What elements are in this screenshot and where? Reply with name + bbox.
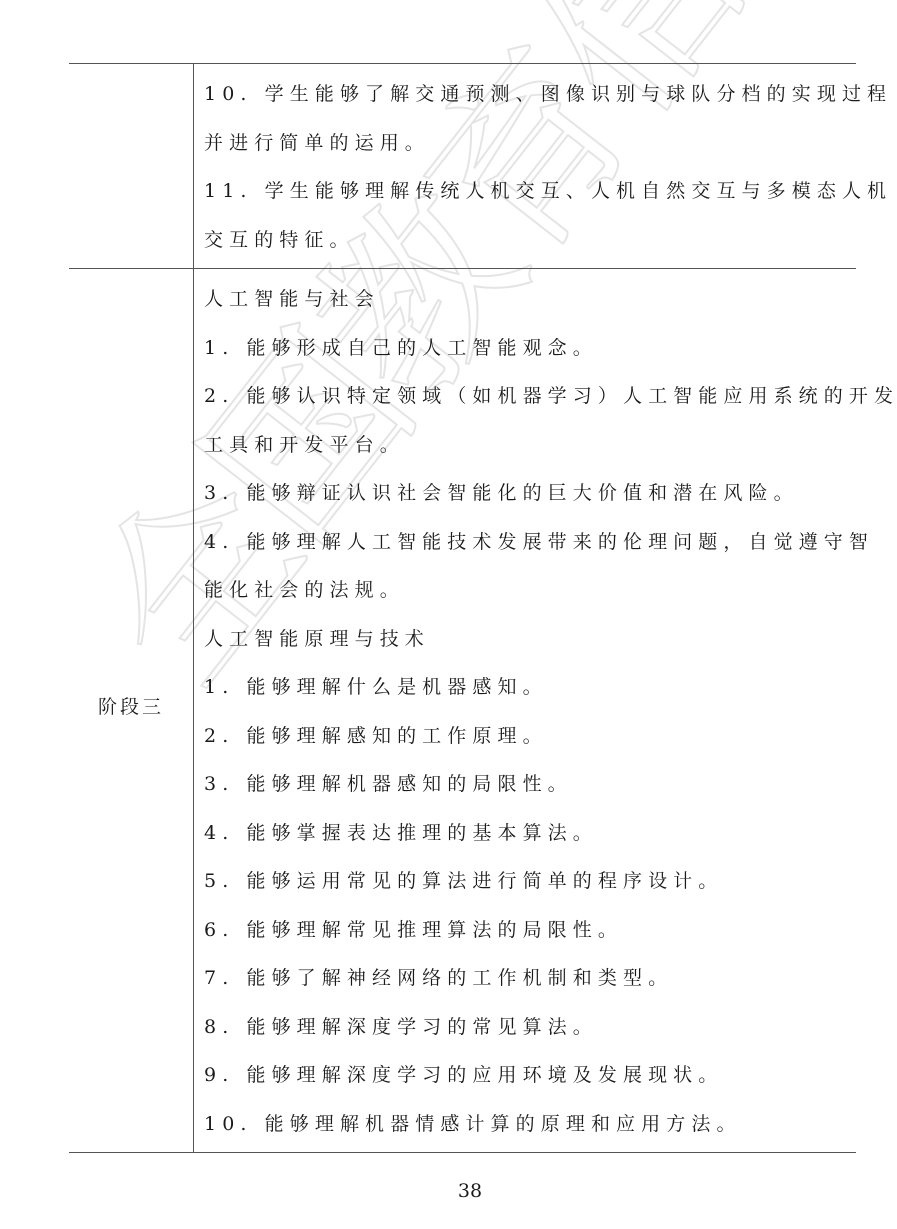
content-line: 8. 能够理解深度学习的常见算法。: [204, 1003, 897, 1052]
content-line: 工具和开发平台。: [204, 421, 897, 470]
content-cell: 10. 学生能够了解交通预测、图像识别与球队分档的实现过程 并进行简单的运用。 …: [194, 64, 892, 268]
content-line: 3. 能够辩证认识社会智能化的巨大价值和潜在风险。: [204, 469, 897, 518]
content-line: 11. 学生能够理解传统人机交互、人机自然交互与多模态人机: [204, 167, 892, 216]
stage-cell: [69, 64, 194, 268]
content-line: 并进行简单的运用。: [204, 119, 892, 168]
stage-cell: 阶段三: [69, 269, 194, 1152]
table-row-stage-three: 阶段三 人工智能与社会 1. 能够形成自己的人工智能观念。 2. 能够认识特定领…: [69, 268, 856, 1153]
table-row-continued: 10. 学生能够了解交通预测、图像识别与球队分档的实现过程 并进行简单的运用。 …: [69, 63, 856, 268]
content-line: 6. 能够理解常见推理算法的局限性。: [204, 906, 897, 955]
section-heading: 人工智能原理与技术: [204, 615, 897, 664]
page-number: 38: [0, 1180, 897, 1202]
content-line: 2. 能够认识特定领域（如机器学习）人工智能应用系统的开发: [204, 372, 897, 421]
content-line: 2. 能够理解感知的工作原理。: [204, 712, 897, 761]
content-line: 3. 能够理解机器感知的局限性。: [204, 760, 897, 809]
content-line: 5. 能够运用常见的算法进行简单的程序设计。: [204, 857, 897, 906]
curriculum-table: 10. 学生能够了解交通预测、图像识别与球队分档的实现过程 并进行简单的运用。 …: [69, 63, 856, 1153]
content-line: 10. 能够理解机器情感计算的原理和应用方法。: [204, 1100, 897, 1149]
content-line: 10. 学生能够了解交通预测、图像识别与球队分档的实现过程: [204, 70, 892, 119]
content-line: 4. 能够掌握表达推理的基本算法。: [204, 809, 897, 858]
document-page: 全国教育信息 10. 学生能够了解交通预测、图像识别与球队分档的实现过程 并进行…: [0, 0, 897, 1229]
content-line: 1. 能够形成自己的人工智能观念。: [204, 324, 897, 373]
content-cell: 人工智能与社会 1. 能够形成自己的人工智能观念。 2. 能够认识特定领域（如机…: [194, 269, 897, 1152]
content-line: 4. 能够理解人工智能技术发展带来的伦理问题，自觉遵守智: [204, 518, 897, 567]
content-line: 1. 能够理解什么是机器感知。: [204, 663, 897, 712]
section-heading: 人工智能与社会: [204, 275, 897, 324]
stage-label: 阶段三: [69, 692, 193, 719]
content-line: 9. 能够理解深度学习的应用环境及发展现状。: [204, 1051, 897, 1100]
content-line: 7. 能够了解神经网络的工作机制和类型。: [204, 954, 897, 1003]
content-line: 交互的特征。: [204, 216, 892, 265]
content-line: 能化社会的法规。: [204, 566, 897, 615]
